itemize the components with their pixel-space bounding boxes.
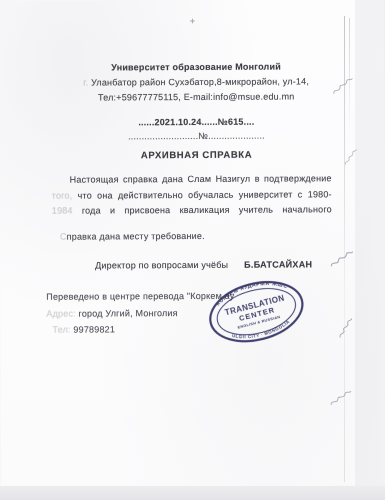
- body-line-3-faded: 1984: [52, 206, 73, 216]
- signature-position: Директор по вопросами учёбы: [95, 260, 228, 271]
- paper-sheet: + Университет образование Монголий г. Ул…: [0, 0, 385, 487]
- translation-address-faded: Адрес:: [46, 309, 76, 319]
- blank-number-line: ..........................№.............…: [41, 130, 351, 142]
- address-faded-prefix: г.: [83, 78, 88, 88]
- scanner-background: [0, 486, 385, 500]
- letterhead: Университет образование Монголий г. Улан…: [41, 59, 351, 106]
- stamp-ink-group: КОРКЕМ АУДАРМА ЖШС ULGII CITY · MONGOLIA…: [204, 272, 309, 350]
- body-line-3: 1984 года и присвоена кваликация учитель…: [52, 202, 332, 219]
- date-number-line: ......2021.10.24......№615....: [41, 116, 351, 128]
- document-title: АРХИВНАЯ СПРАВКА: [42, 149, 352, 162]
- scanned-document: + Университет образование Монголий г. Ул…: [0, 0, 385, 500]
- scan-registration-mark: +: [190, 16, 196, 26]
- translation-note-line-3: Тел: 99789821: [52, 324, 115, 334]
- translation-phone-faded: Тел:: [52, 325, 70, 335]
- university-address: г. Уланбатор район Сухэбатор,8-микрорайо…: [41, 74, 351, 91]
- paper-right-edge: [355, 0, 385, 500]
- closing-line: Справка дана месту требование.: [60, 231, 205, 242]
- signature-name: Б.БАТСАЙХАН: [244, 259, 312, 269]
- translation-note-line-2: Адрес: город Улгий, Монголия: [46, 308, 177, 319]
- body-paragraph: Настоящая справка дана Слам Назигул в по…: [52, 171, 332, 219]
- body-line-2: того, что она действительно обучалась ун…: [52, 187, 332, 204]
- university-name: Университет образование Монголий: [41, 59, 351, 76]
- body-line-2-faded: того,: [52, 190, 73, 200]
- body-line-1: Настоящая справка дана Слам Назигул в по…: [52, 171, 332, 188]
- closing-faded-prefix: С: [60, 232, 67, 242]
- contact-line: Тел:+59677775115, E-mail:info@msue.edu.m…: [41, 89, 351, 106]
- translation-center-stamp-icon: КОРКЕМ АУДАРМА ЖШС ULGII CITY · MONGOLIA…: [200, 269, 312, 354]
